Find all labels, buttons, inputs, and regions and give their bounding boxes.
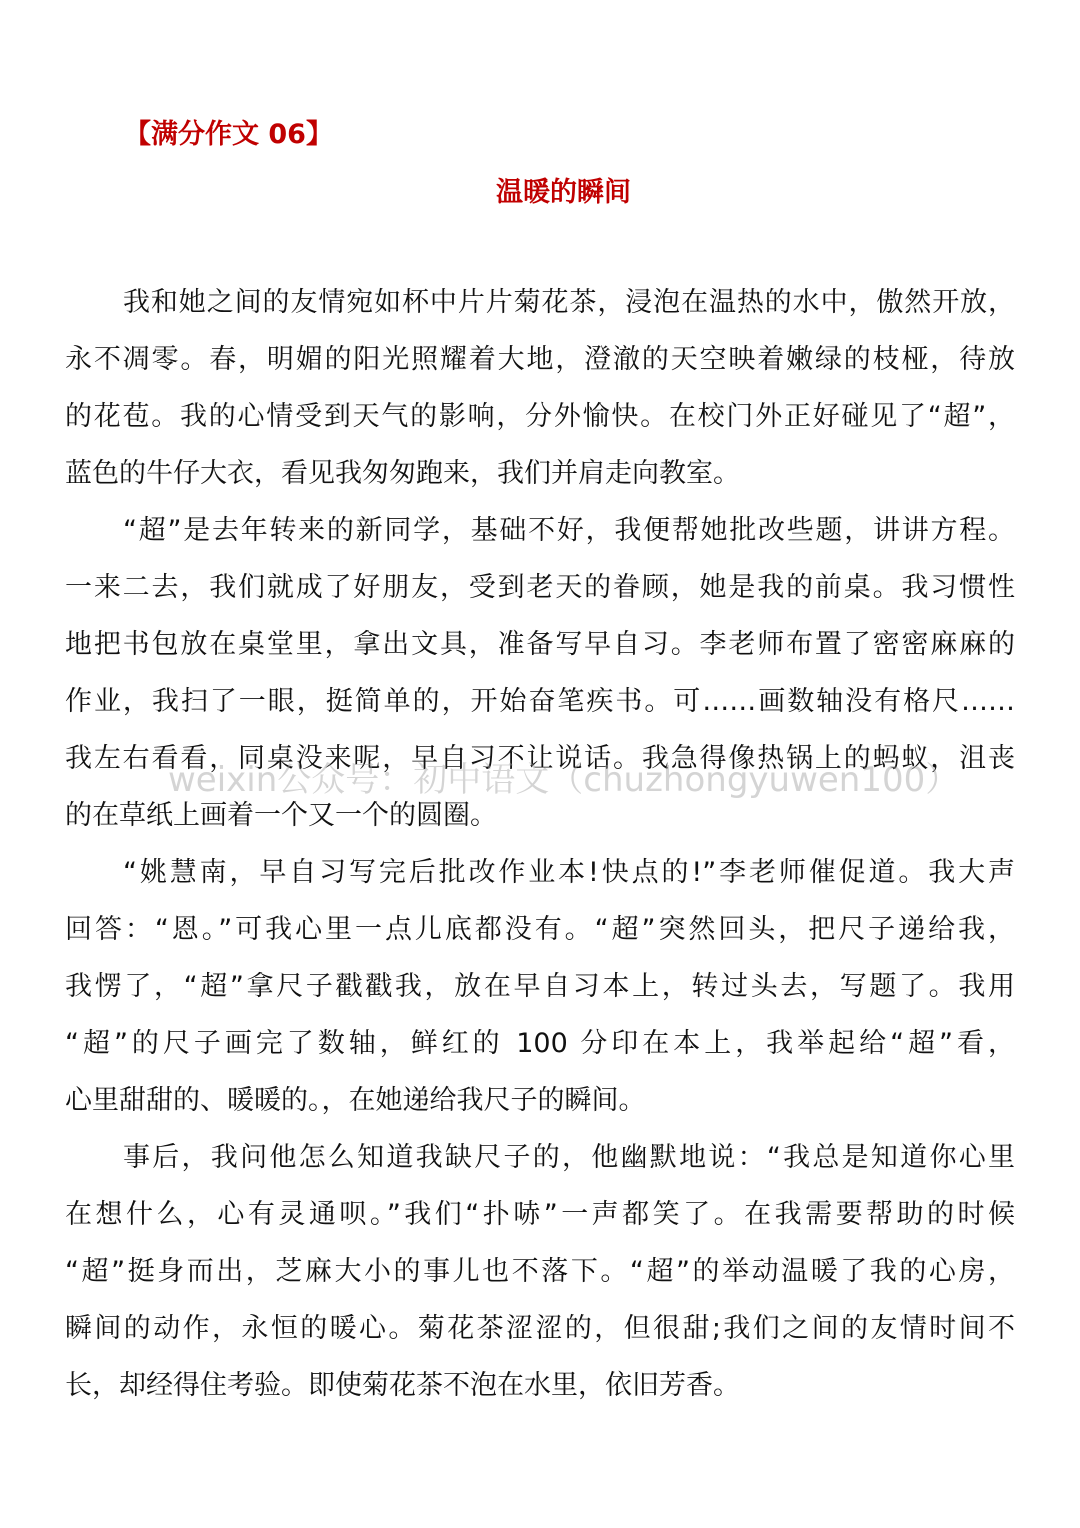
- text-line: 长，却经得住考验。即使菊花茶不泡在水里，依旧芳香。: [65, 1363, 1015, 1420]
- essay-category-tag: 【满分作文 06】: [124, 112, 333, 151]
- text-line: 我和她之间的友情宛如杯中片片菊花茶，浸泡在温热的水中，傲然开放，: [65, 280, 1015, 337]
- essay-body: 我和她之间的友情宛如杯中片片菊花茶，浸泡在温热的水中，傲然开放， 永不凋零。春，…: [65, 280, 1015, 1420]
- text-line: 地把书包放在桌堂里，拿出文具，准备写早自习。李老师布置了密密麻麻的: [65, 622, 1015, 679]
- text-line: “超”是去年转来的新同学，基础不好，我便帮她批改些题，讲讲方程。: [65, 508, 1015, 565]
- text-line: 的在草纸上画着一个又一个的圆圈。: [65, 793, 1015, 850]
- text-line: 瞬间的动作，永恒的暖心。菊花茶涩涩的，但很甜;我们之间的友情时间不: [65, 1306, 1015, 1363]
- text-line: 我左右看看，同桌没来呢，早自习不让说话。我急得像热锅上的蚂蚁，沮丧: [65, 736, 1015, 793]
- text-line: “超”的尺子画完了数轴，鲜红的 100 分印在本上，我举起给“超”看，: [65, 1021, 1015, 1078]
- text-line: 的花苞。我的心情受到天气的影响，分外愉快。在校门外正好碰见了“超”，: [65, 394, 1015, 451]
- essay-title: 温暖的瞬间: [496, 170, 631, 209]
- text-line: 事后，我问他怎么知道我缺尺子的，他幽默地说：“我总是知道你心里: [65, 1135, 1015, 1192]
- paragraph: “超”是去年转来的新同学，基础不好，我便帮她批改些题，讲讲方程。 一来二去，我们…: [65, 508, 1015, 850]
- text-line: 蓝色的牛仔大衣，看见我匆匆跑来，我们并肩走向教室。: [65, 451, 1015, 508]
- text-line: 心里甜甜的、暖暖的。，在她递给我尺子的瞬间。: [65, 1078, 1015, 1135]
- paragraph: 我和她之间的友情宛如杯中片片菊花茶，浸泡在温热的水中，傲然开放， 永不凋零。春，…: [65, 280, 1015, 508]
- text-line: 在想什么，心有灵通呗。”我们“扑哧”一声都笑了。在我需要帮助的时候: [65, 1192, 1015, 1249]
- paragraph: “姚慧南，早自习写完后批改作业本!快点的!”李老师催促道。我大声 回答：“恩。”…: [65, 850, 1015, 1135]
- text-line: “姚慧南，早自习写完后批改作业本!快点的!”李老师催促道。我大声: [65, 850, 1015, 907]
- text-line: 作业，我扫了一眼，挺简单的，开始奋笔疾书。可……画数轴没有格尺……: [65, 679, 1015, 736]
- paragraph: 事后，我问他怎么知道我缺尺子的，他幽默地说：“我总是知道你心里 在想什么，心有灵…: [65, 1135, 1015, 1420]
- text-line: 永不凋零。春，明媚的阳光照耀着大地，澄澈的天空映着嫩绿的枝桠，待放: [65, 337, 1015, 394]
- text-line: 一来二去，我们就成了好朋友，受到老天的眷顾，她是我的前桌。我习惯性: [65, 565, 1015, 622]
- text-line: “超”挺身而出，芝麻大小的事儿也不落下。“超”的举动温暖了我的心房，: [65, 1249, 1015, 1306]
- text-line: 我愣了，“超”拿尺子戳戳我，放在早自习本上，转过头去，写题了。我用: [65, 964, 1015, 1021]
- text-line: 回答：“恩。”可我心里一点儿底都没有。“超”突然回头，把尺子递给我，: [65, 907, 1015, 964]
- document-page: 【满分作文 06】 温暖的瞬间 我和她之间的友情宛如杯中片片菊花茶，浸泡在温热的…: [0, 0, 1080, 1528]
